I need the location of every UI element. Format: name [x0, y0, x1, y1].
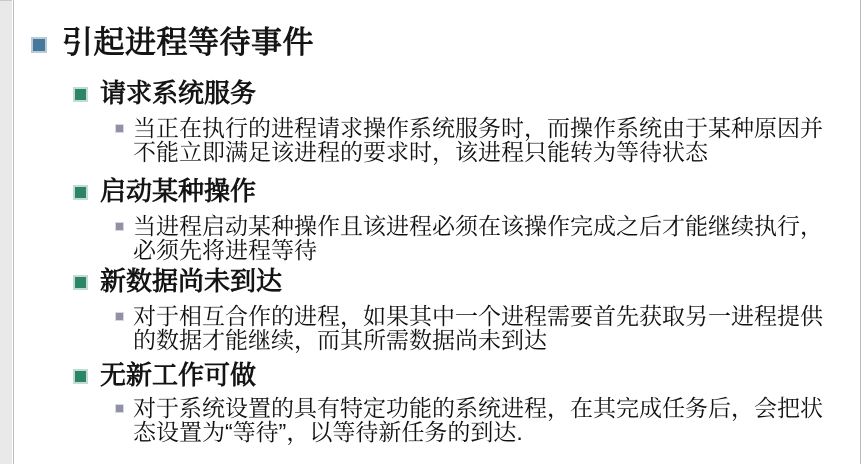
level1-bullet-square-icon	[31, 37, 47, 53]
item-heading-text: 新数据尚未到达	[100, 266, 282, 296]
list-item-body: 对于相互合作的进程，如果其中一个进程需要首先获取另一进程提供 的数据才能继续，而…	[115, 304, 860, 352]
item-body-text: 当进程启动某种操作且该进程必须在该操作完成之后才能继续执行， 必须先将进程等待	[133, 214, 823, 262]
item-heading-text: 启动某种操作	[100, 176, 256, 206]
level2-bullet-square-icon	[73, 275, 88, 290]
level2-bullet-square-icon	[73, 185, 88, 200]
level2-bullet-square-icon	[73, 369, 88, 384]
level3-bullet-square-icon	[115, 222, 124, 231]
item-heading-text: 请求系统服务	[100, 78, 256, 108]
list-item-heading: 启动某种操作	[73, 176, 860, 206]
list-item-heading: 新数据尚未到达	[73, 266, 860, 296]
slide-title: 引起进程等待事件	[62, 24, 314, 62]
slide-title-row: 引起进程等待事件	[31, 24, 860, 62]
item-body-text: 对于系统设置的具有特定功能的系统进程，在其完成任务后，会把状 态设置为“等待”，…	[133, 396, 823, 444]
item-body-text: 当正在执行的进程请求操作系统服务时，而操作系统由于某种原因并 不能立即满足该进程…	[133, 116, 823, 164]
list-item-body: 当正在执行的进程请求操作系统服务时，而操作系统由于某种原因并 不能立即满足该进程…	[115, 116, 860, 164]
item-body-text: 对于相互合作的进程，如果其中一个进程需要首先获取另一进程提供 的数据才能继续，而…	[133, 304, 823, 352]
list-item-heading: 无新工作可做	[73, 360, 860, 390]
slide-canvas: 引起进程等待事件 请求系统服务 当正在执行的进程请求操作系统服务时，而操作系统由…	[13, 0, 861, 464]
list-item-heading: 请求系统服务	[73, 78, 860, 108]
list-item-body: 对于系统设置的具有特定功能的系统进程，在其完成任务后，会把状 态设置为“等待”，…	[115, 396, 860, 444]
item-heading-text: 无新工作可做	[100, 360, 256, 390]
level3-bullet-square-icon	[115, 312, 124, 321]
level3-bullet-square-icon	[115, 124, 124, 133]
left-panel-edge	[0, 0, 12, 464]
level3-bullet-square-icon	[115, 404, 124, 413]
level2-bullet-square-icon	[73, 87, 88, 102]
list-item-body: 当进程启动某种操作且该进程必须在该操作完成之后才能继续执行， 必须先将进程等待	[115, 214, 860, 262]
